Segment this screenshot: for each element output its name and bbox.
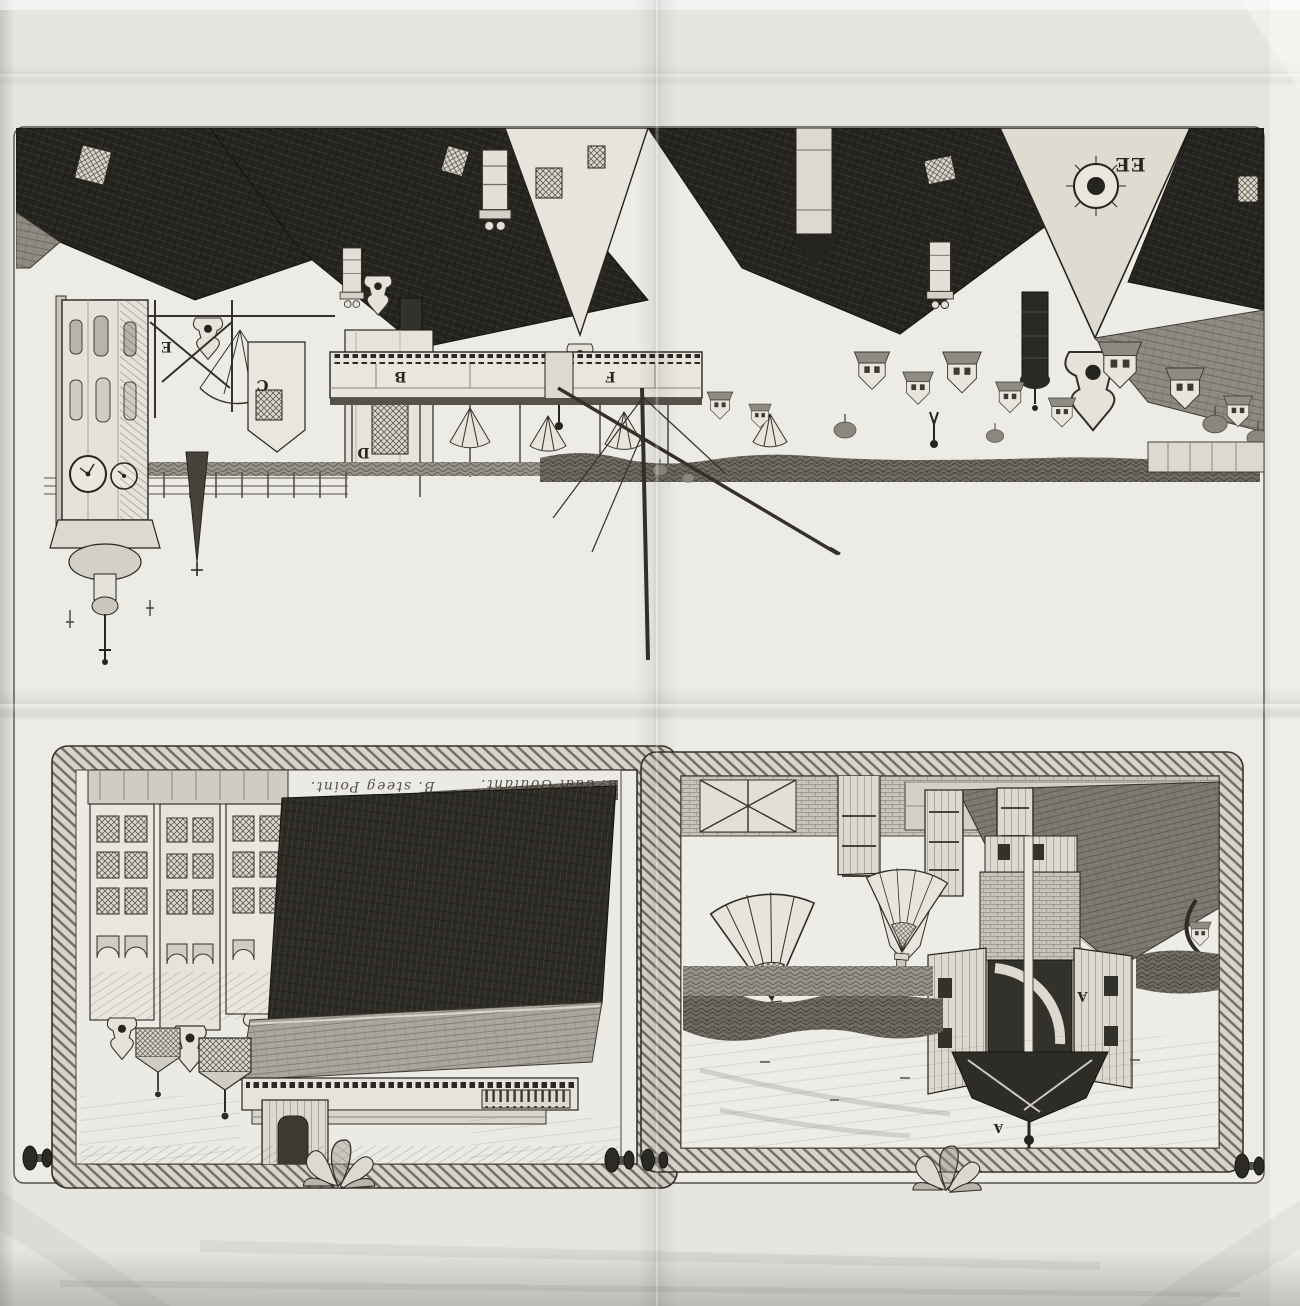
- framed-panel-left: B. steeg Point. d. daal Goulant.: [52, 746, 677, 1196]
- label-c: C: [256, 376, 269, 394]
- handwritten-caption-left: B. steeg Point.: [309, 778, 435, 794]
- panel-right-scene: [681, 763, 1219, 1186]
- hedgerow-right: [1136, 950, 1219, 993]
- label-b: B: [394, 368, 407, 384]
- label-f: F: [605, 368, 616, 384]
- framed-panel-right: A A: [641, 752, 1243, 1192]
- label-a-finial: A: [993, 1121, 1004, 1135]
- white-shed-c: [248, 342, 305, 452]
- label-ee: EE: [1115, 153, 1146, 175]
- engraving-plate-svg: EE E C B F D: [0, 0, 1300, 1306]
- dark-roof: [268, 786, 616, 1022]
- handwritten-caption-right: d. daal Goulant.: [480, 776, 617, 792]
- label-d: D: [356, 444, 369, 460]
- label-a-shutter: A: [1076, 988, 1088, 1003]
- label-e: E: [160, 338, 172, 354]
- scanned-engraving-page: EE E C B F D: [0, 0, 1300, 1306]
